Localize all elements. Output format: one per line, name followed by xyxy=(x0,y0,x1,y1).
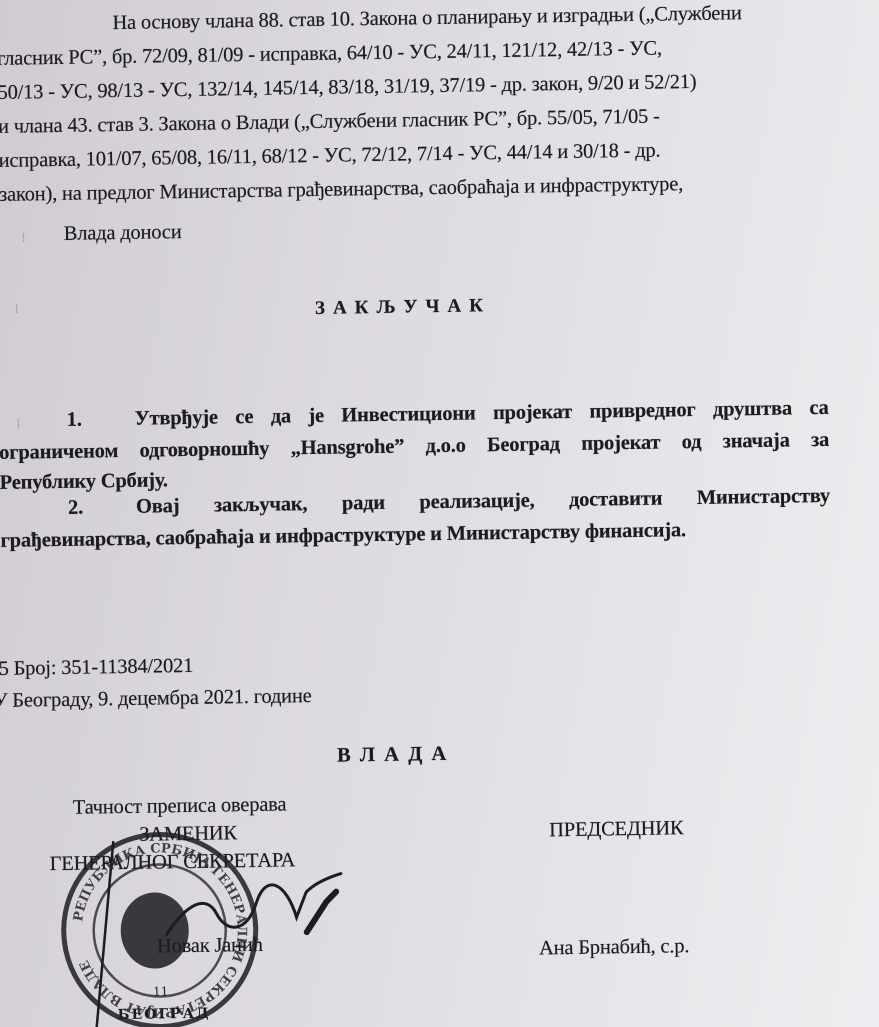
item-2-line-2: грађевинарства, саобраћаја и инфраструкт… xyxy=(0,520,686,551)
document-title: ЗАКЉУЧАК xyxy=(315,296,491,318)
preamble-line-6: закон), на предлог Министарства грађевин… xyxy=(0,171,872,205)
signature-icon xyxy=(156,861,357,954)
preamble-line-4: и члана 43. став 3. Закона о Влади („Слу… xyxy=(0,103,871,137)
item-2-line-1: Овај закључак, ради реализације, достави… xyxy=(136,486,830,517)
margin-mark: ⁞ xyxy=(15,302,19,317)
item-1-line-1: Утврђује се да је Инвестициони пројекат … xyxy=(135,398,829,429)
margin-mark: ⁞ xyxy=(17,417,21,432)
item-2-number: 2. xyxy=(68,498,83,519)
certification-label: Тачност преписа оверава xyxy=(73,794,287,818)
preamble-line-1: На основу члана 88. став 10. Закона о пл… xyxy=(112,1,870,33)
preamble-line-5: исправка, 101/07, 65/08, 16/11, 68/12 - … xyxy=(0,137,872,171)
margin-mark: ⁞ xyxy=(22,230,26,245)
item-1-number: 1. xyxy=(67,410,82,431)
item-1-line-2: ограниченом одговорношћу „Hansgrohe” д.о… xyxy=(0,430,829,464)
issuer: В Л А Д А xyxy=(337,744,448,766)
reference-number: 05 Број: 351-11384/2021 xyxy=(0,656,193,680)
government-adopts: Влада доноси xyxy=(64,222,182,244)
preamble-line-3: 50/13 - УС, 98/13 - УС, 132/14, 145/14, … xyxy=(0,69,871,103)
svg-text:11: 11 xyxy=(153,984,168,998)
place-date: У Београду, 9. децембра 2021. године xyxy=(0,686,312,711)
item-1-line-3: Републику Србију. xyxy=(0,470,168,493)
president-name: Ана Брнабић, с.р. xyxy=(539,936,690,959)
president-title: ПРЕДСЕДНИК xyxy=(549,818,683,841)
document-page: На основу члана 88. став 10. Закона о пл… xyxy=(0,0,879,1027)
svg-text:БЕОГРАД: БЕОГРАД xyxy=(117,1006,210,1023)
preamble-line-2: гласник РС”, бр. 72/09, 81/09 - исправка… xyxy=(0,35,870,69)
